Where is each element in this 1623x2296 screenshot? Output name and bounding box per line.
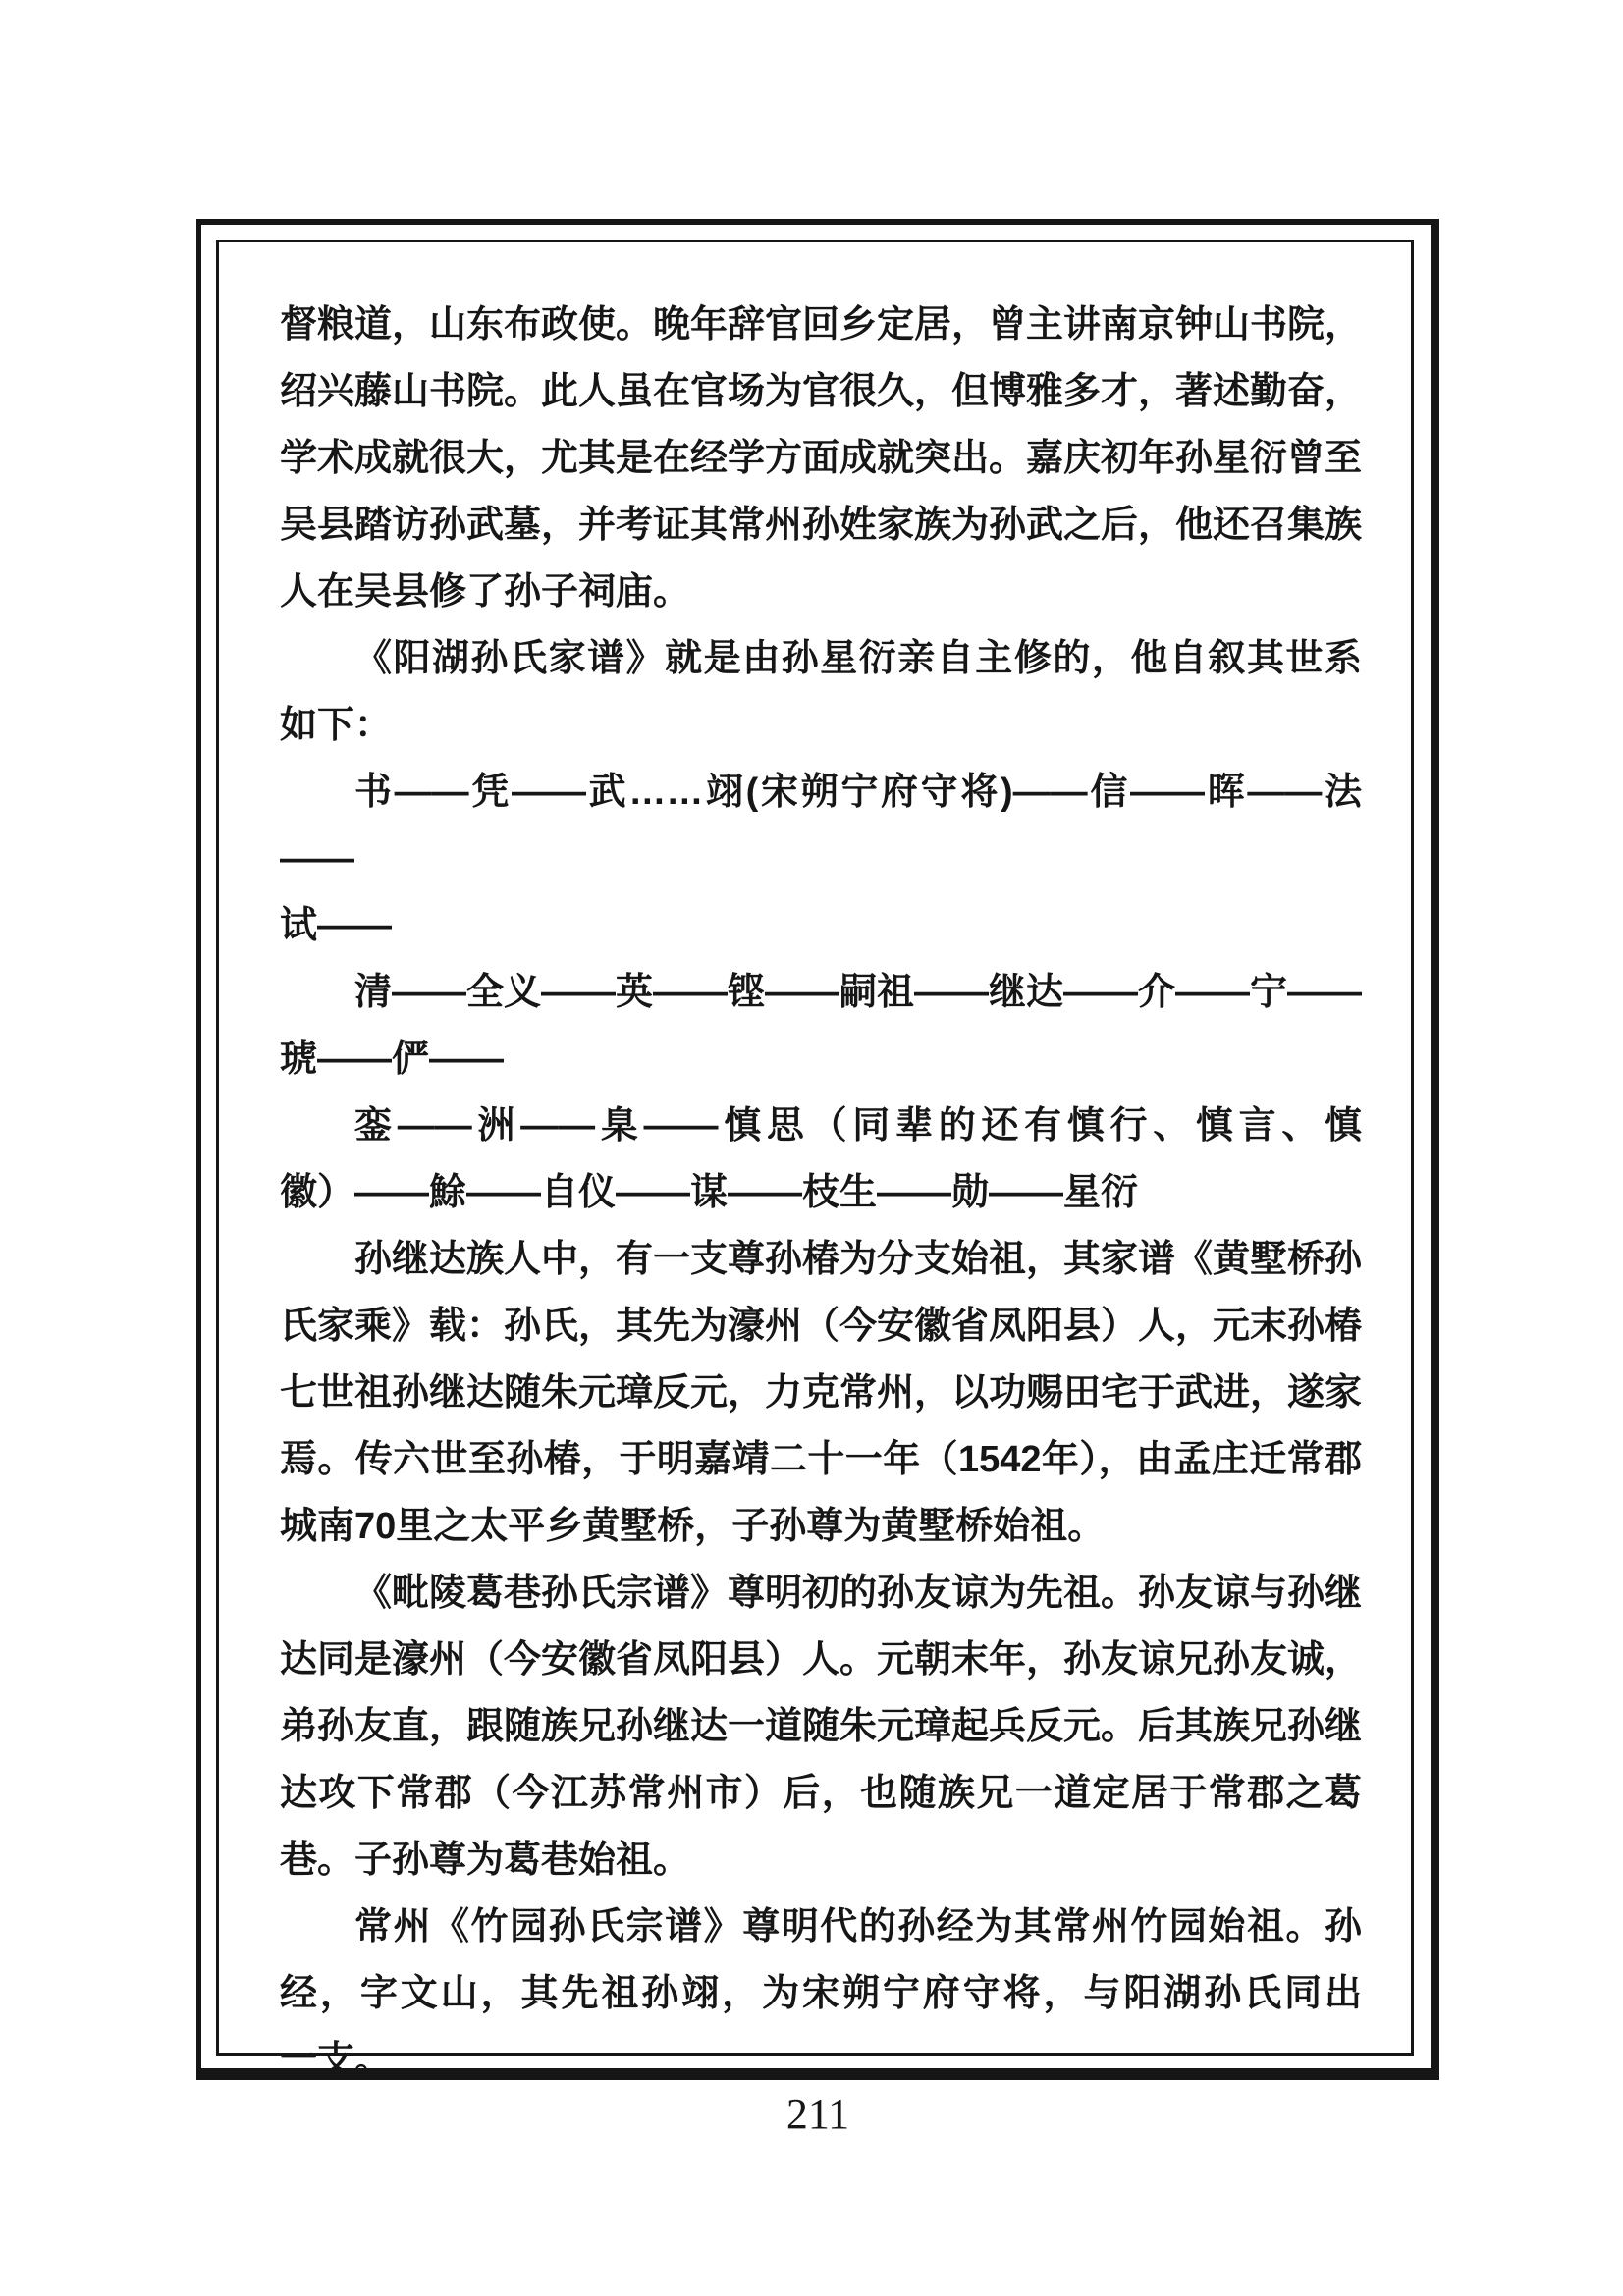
body-text: 督粮道，山东布政使。晚年辞官回乡定居，曾主讲南京钟山书院， 绍兴藤山书院。此人虽…: [280, 292, 1362, 2094]
text-line: 弟孙友直，跟随族兄孙继达一道随朱元璋起兵反元。后其族兄孙继: [280, 1693, 1362, 1760]
text-line: 城南70里之太平乡黄墅桥，子孙尊为黄墅桥始祖。: [280, 1493, 1362, 1560]
text-line: 七世祖孙继达随朱元璋反元，力克常州，以功赐田宅于武进，遂家: [280, 1360, 1362, 1426]
genealogy-line: 书——凭——武……翊(宋朔宁府守将)——信——晖——法——: [280, 759, 1362, 892]
text-line: 绍兴藤山书院。此人虽在官场为官很久，但博雅多才，著述勤奋，: [280, 358, 1362, 425]
text-line: 《毗陵葛巷孙氏宗谱》尊明初的孙友谅为先祖。孙友谅与孙继: [280, 1560, 1362, 1627]
genealogy-line: 试——: [280, 892, 1362, 959]
page-number: 211: [196, 2091, 1439, 2138]
text-line: 巷。子孙尊为葛巷始祖。: [280, 1827, 1362, 1894]
text-line: 焉。传六世至孙椿，于明嘉靖二十一年（1542年），由孟庄迁常郡: [280, 1426, 1362, 1493]
text-line: 达攻下常郡（今江苏常州市）后，也随族兄一道定居于常郡之葛: [280, 1760, 1362, 1827]
genealogy-line: 琥——俨——: [280, 1026, 1362, 1093]
text-line: 吴县踏访孙武墓，并考证其常州孙姓家族为孙武之后，他还召集族: [280, 492, 1362, 559]
text-line: 孙继达族人中，有一支尊孙椿为分支始祖，其家谱《黄墅桥孙: [280, 1226, 1362, 1293]
text-line: 如下：: [280, 692, 1362, 759]
text-line: 常州《竹园孙氏宗谱》尊明代的孙经为其常州竹园始祖。孙: [280, 1894, 1362, 1960]
text-line: 达同是濠州（今安徽省凤阳县）人。元朝末年，孙友谅兄孙友诚，: [280, 1627, 1362, 1693]
text-line: 经，字文山，其先祖孙翊，为宋朔宁府守将，与阳湖孙氏同出: [280, 1960, 1362, 2027]
genealogy-line: 清——全义——英——铿——嗣祖——继达——介——宁——: [280, 959, 1362, 1026]
text-line: 人在吴县修了孙子祠庙。: [280, 559, 1362, 625]
genealogy-line: 銮——洲——臬——慎思（同辈的还有慎行、慎言、慎: [280, 1093, 1362, 1159]
text-line: 学术成就很大，尤其是在经学方面成就突出。嘉庆初年孙星衍曾至: [280, 425, 1362, 492]
genealogy-line: 徽）——鮽——自仪——谋——枝生——勋——星衍: [280, 1159, 1362, 1226]
text-line: 氏家乘》载：孙氏，其先为濠州（今安徽省凤阳县）人，元末孙椿: [280, 1293, 1362, 1360]
text-line: 《阳湖孙氏家谱》就是由孙星衍亲自主修的，他自叙其世系: [280, 625, 1362, 692]
text-line: 一支。: [280, 2027, 1362, 2094]
text-line: 督粮道，山东布政使。晚年辞官回乡定居，曾主讲南京钟山书院，: [280, 292, 1362, 358]
